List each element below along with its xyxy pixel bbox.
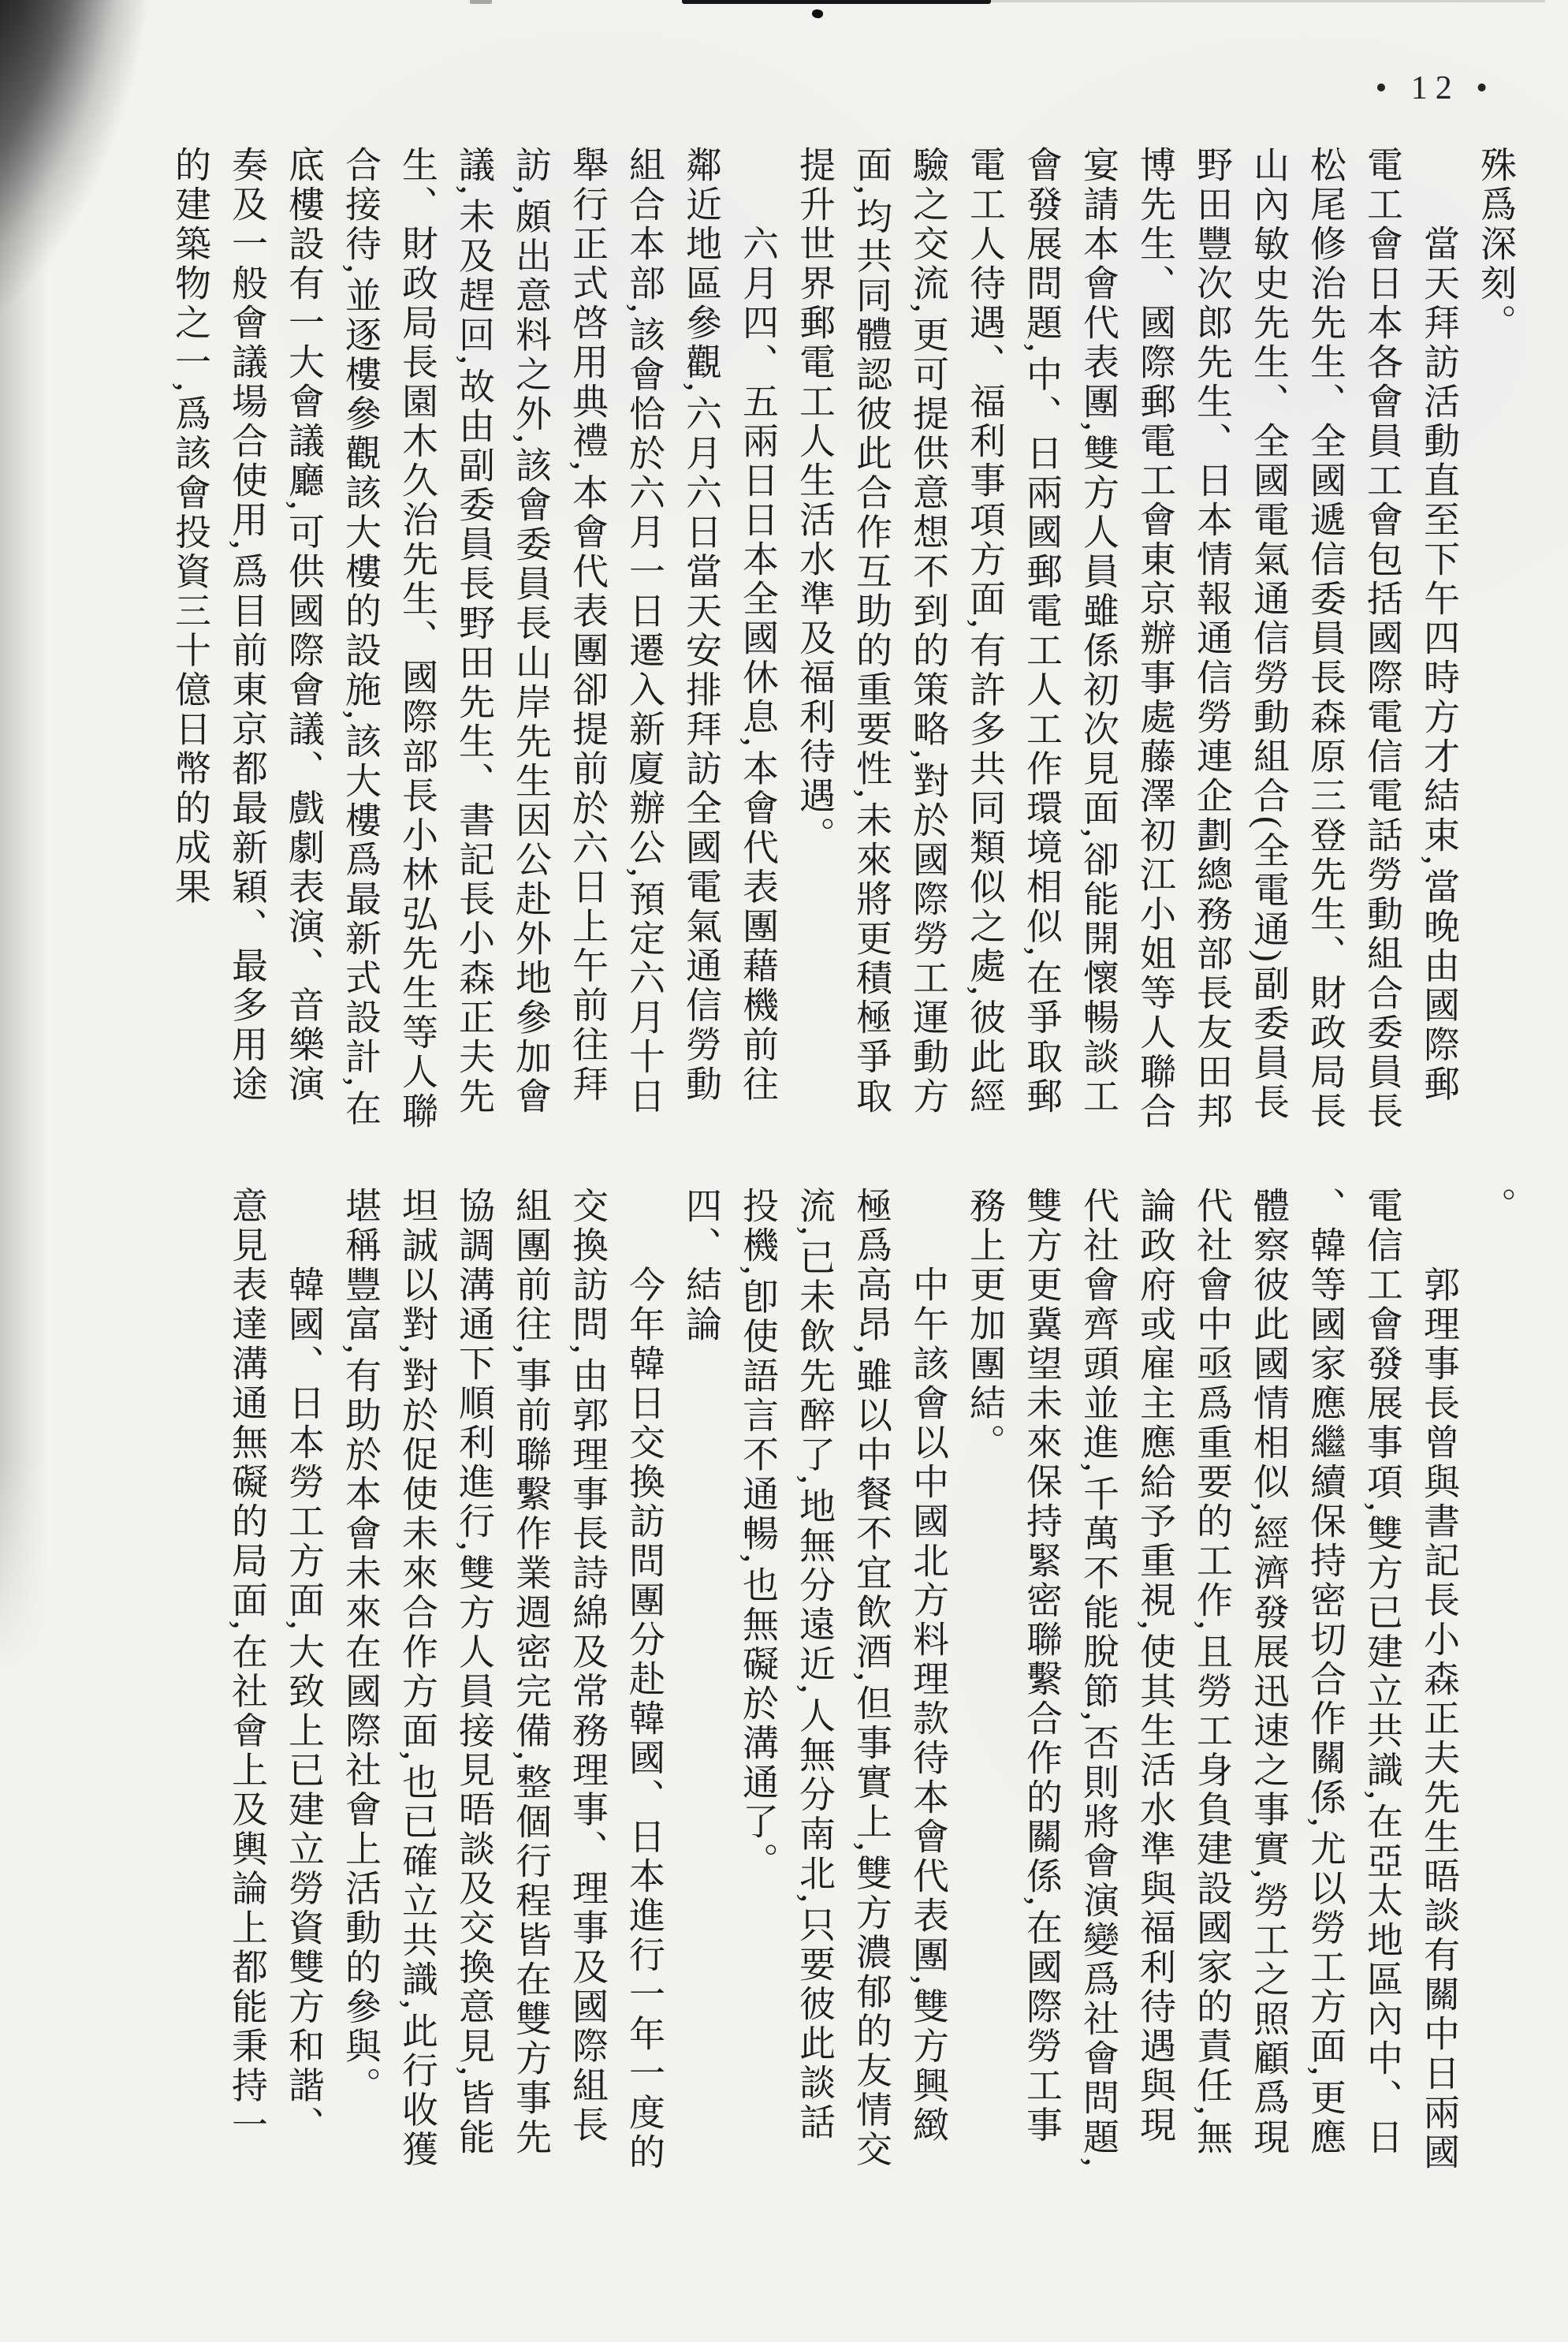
paragraph-continuation-end: 殊爲深刻。 [1467, 146, 1524, 1132]
paragraph-exchange-visit-summary: 今年韓日交換訪問團分赴韓國、日本進行一年一度的交換訪問,由郭理事長詩綿及常務理事… [332, 1187, 672, 2172]
paragraph-lunch-banquet: 中午該會以中國北方料理款待本會代表團,雙方興緻極爲高昂,雖以中餐不宜飲酒,但事實… [729, 1187, 956, 2172]
scan-shadow-left-edge [0, 0, 49, 1695]
paragraph-june-facility-visit: 六月四、五兩日日本全國休息,本會代表團藉機前往鄰近地區參觀,六月六日當天安排拜訪… [162, 146, 786, 1132]
scan-artifact-top-edge-line [682, 0, 991, 4]
page-number: • 12 • [1376, 69, 1495, 107]
scan-artifact-top-dash [470, 0, 492, 4]
scan-artifact-top-edge-line-faint [989, 0, 1545, 2]
section-heading-conclusion: 四、結論 [672, 1187, 729, 2172]
upper-text-block: 殊爲深刻。 當天拜訪活動直至下午四時方才結束,當晚由國際郵電工會日本各會員工會包… [162, 146, 1524, 1132]
scan-shadow-left-edge-fade [0, 1459, 55, 1711]
paragraph-labor-harmony: 韓國、日本勞工方面,大致上已建立勞資雙方和諧、意見表達溝通無礙的局面,在社會上及… [218, 1187, 332, 2172]
paragraph-union-development-talks: 郭理事長曾與書記長小森正夫先生晤談有關中日兩國電信工會發展事項,雙方已建立共識,… [956, 1187, 1467, 2172]
lower-text-block: 。 郭理事長曾與書記長小森正夫先生晤談有關中日兩國電信工會發展事項,雙方已建立共… [218, 1187, 1524, 2172]
period-continuation: 。 [1467, 1187, 1524, 2172]
paragraph-evening-banquet: 當天拜訪活動直至下午四時方才結束,當晚由國際郵電工會日本各會員工會包括國際電信電… [786, 146, 1467, 1132]
scan-artifact-ink-dot [811, 9, 824, 20]
scanned-document-page: • 12 • 殊爲深刻。 當天拜訪活動直至下午四時方才結束,當晚由國際郵電工會日… [0, 0, 1568, 2342]
